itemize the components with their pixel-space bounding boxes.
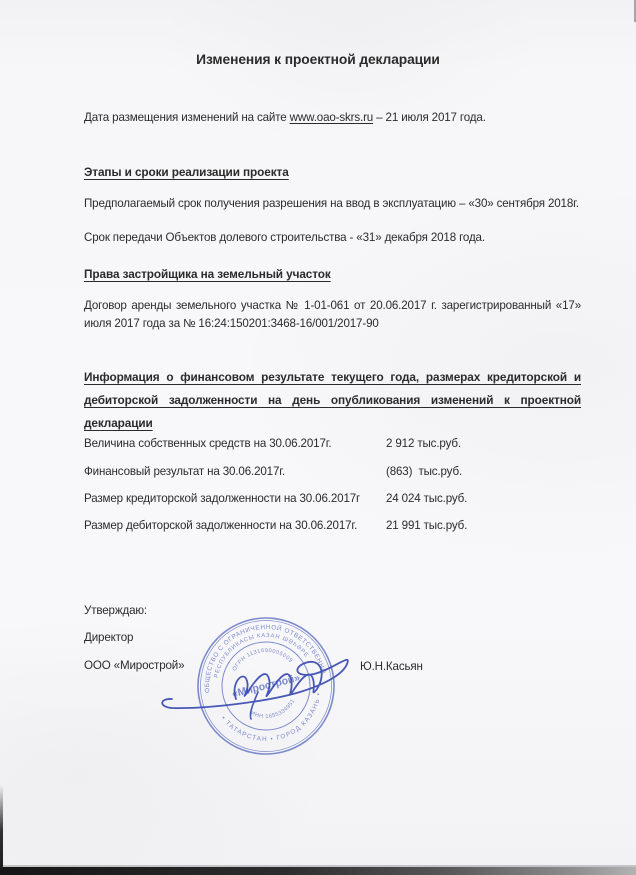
signature-ink [140,628,460,738]
finance-row-value: 24 024 тыс.руб. [386,490,467,508]
finance-row-value: (863) тыс.руб. [386,463,462,481]
scanned-document-page: Изменения к проектной декларации Дата ра… [0,0,636,875]
section-heading-stages: Этапы и сроки реализации проекта [84,165,289,179]
finance-row-creditor-debt: Размер кредиторской задолженности на 30.… [84,490,584,508]
finance-row-value: 2 912 тыс.руб. [386,435,461,453]
date-line-suffix: – 21 июля 2017 года. [373,111,486,124]
finance-row-label: Размер дебиторской задолженности на 30.0… [84,519,357,532]
stages-line2: Срок передачи Объектов долевого строител… [84,229,581,247]
finance-row-label: Величина собственных средств на 30.06.20… [84,437,331,450]
date-line-prefix: Дата размещения изменений на сайте [84,111,290,124]
section-heading-land-rights: Права застройщика на земельный участок [84,267,331,281]
approver-position: Директор [84,629,133,647]
land-rights-paragraph: Договор аренды земельного участка № 1-01… [84,297,581,332]
document-title: Изменения к проектной декларации [0,52,636,67]
scan-edge-bottom [0,867,636,875]
stages-paragraph: Предполагаемый срок получения разрешения… [84,195,581,213]
finance-row-label: Финансовый результат на 30.06.2017г. [84,465,285,478]
finance-row-label: Размер кредиторской задолженности на 30.… [84,492,360,505]
finance-row-own-funds: Величина собственных средств на 30.06.20… [84,435,584,453]
scan-edge-left [0,785,3,869]
publish-date-line: Дата размещения изменений на сайте www.o… [84,109,584,127]
finance-row-debtor-debt: Размер дебиторской задолженности на 30.0… [84,517,584,535]
approve-label: Утверждаю: [84,602,147,620]
finance-row-result: Финансовый результат на 30.06.2017г. (86… [84,463,584,481]
site-url: www.oao-skrs.ru [290,111,373,124]
finance-row-value: 21 991 тыс.руб. [386,517,467,535]
section-heading-finance: Информация о финансовом результате текущ… [84,366,581,435]
